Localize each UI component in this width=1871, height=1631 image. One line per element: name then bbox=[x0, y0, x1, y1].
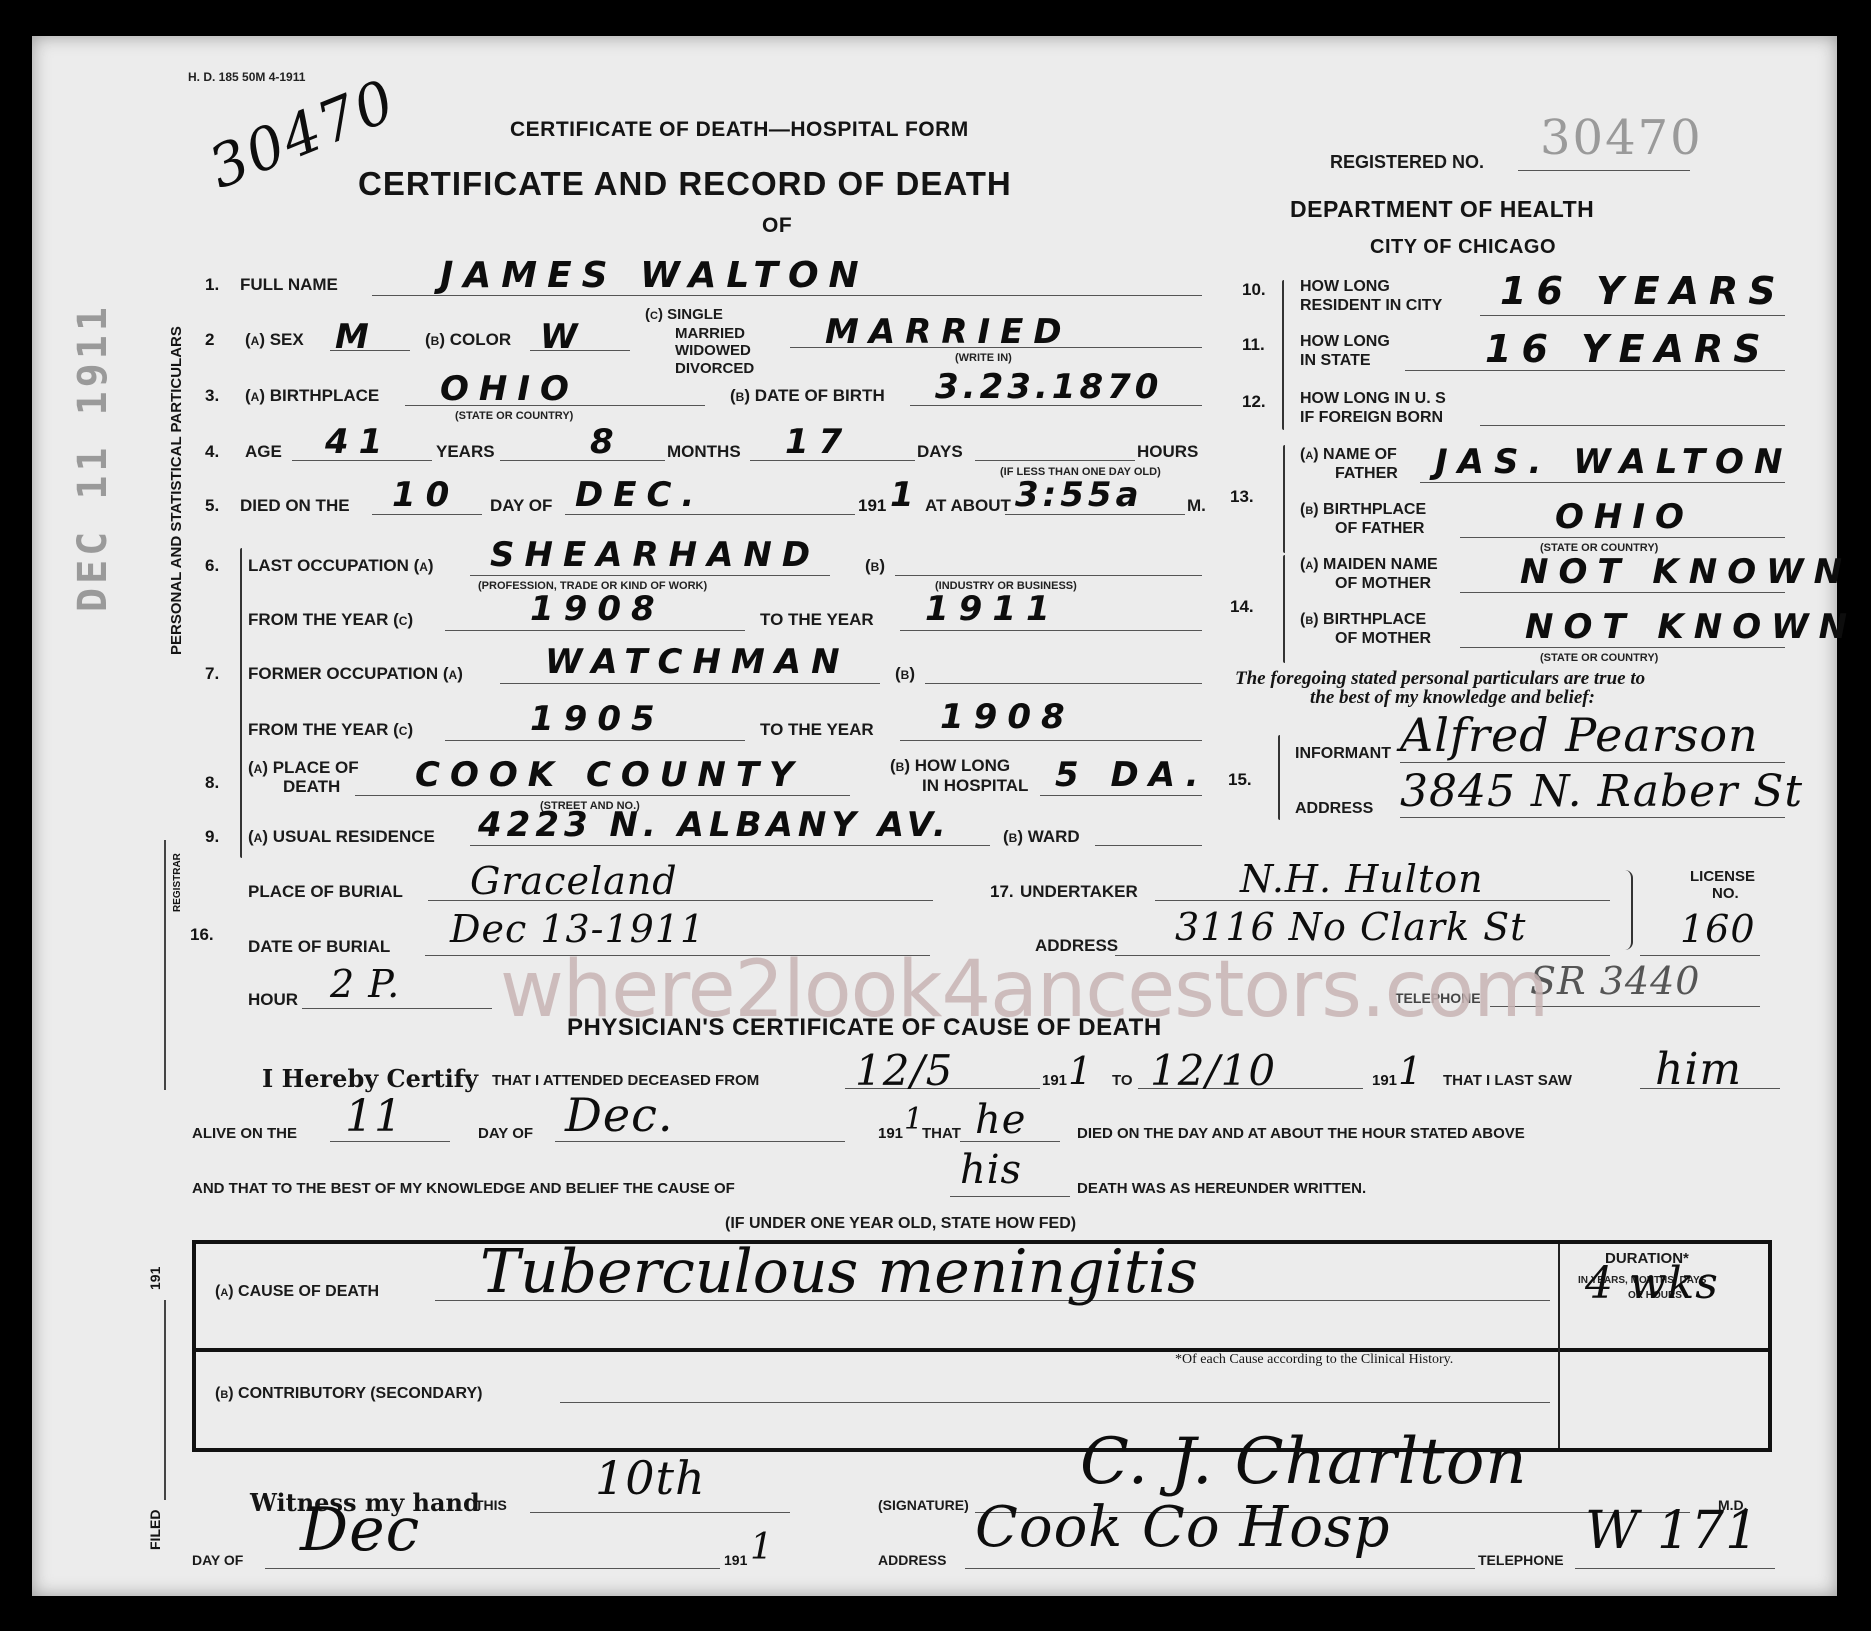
department-of-health: DEPARTMENT OF HEALTH bbox=[1290, 196, 1594, 223]
side-label-personal: PERSONAL AND STATISTICAL PARTICULARS bbox=[168, 326, 185, 655]
place-of-death-value: COOK COUNTY bbox=[415, 758, 804, 792]
last-occupation-label: LAST OCCUPATION (a) bbox=[248, 556, 434, 576]
duration-footnote: *Of each Cause according to the Clinical… bbox=[1175, 1352, 1453, 1368]
witness-month-value: Dec bbox=[300, 1500, 420, 1560]
time-in-hospital-value: 5 DA. bbox=[1055, 758, 1209, 792]
physician-section-heading: PHYSICIAN'S CERTIFICATE OF CAUSE OF DEAT… bbox=[567, 1014, 1162, 1042]
in-state-value: 16 YEARS bbox=[1485, 330, 1771, 368]
certify-lead: I Hereby Certify bbox=[262, 1064, 478, 1093]
undertaker-telephone-value: SR 3440 bbox=[1530, 962, 1700, 1000]
side-label-filed: FILED bbox=[147, 1510, 163, 1550]
marital-status-value: MARRIED bbox=[825, 315, 1072, 349]
undertaker-address-value: 3116 No Clark St bbox=[1175, 908, 1526, 946]
that-pronoun-value: he bbox=[975, 1100, 1026, 1140]
contributory-cause-label: (b) CONTRIBUTORY (SECONDARY) bbox=[215, 1385, 483, 1403]
full-name-label: FULL NAME bbox=[240, 275, 338, 295]
duration-value: 4 wks bbox=[1585, 1262, 1719, 1306]
physician-telephone-value: W 171 bbox=[1585, 1505, 1759, 1557]
city-of-chicago: CITY OF CHICAGO bbox=[1370, 236, 1556, 259]
informant-address-value: 3845 N. Raber St bbox=[1400, 770, 1803, 814]
death-time-value: 3:55a bbox=[1015, 478, 1143, 512]
registered-no-label: REGISTERED NO. bbox=[1330, 152, 1484, 173]
received-date-stamp: DEC 11 1911 bbox=[70, 303, 116, 612]
sex-label: (a) SEX bbox=[245, 330, 304, 350]
dob-value: 3.23.1870 bbox=[935, 370, 1162, 404]
cause-of-death-label: (a) CAUSE OF DEATH bbox=[215, 1283, 379, 1301]
age-years-value: 41 bbox=[325, 425, 392, 459]
undertaker-value: N.H. Hulton bbox=[1240, 860, 1484, 898]
last-occupation-to-year: 1911 bbox=[925, 592, 1060, 626]
last-saw-value: him bbox=[1655, 1048, 1742, 1092]
usual-residence-value: 4223 N. ALBANY AV. bbox=[478, 808, 951, 842]
title-of: OF bbox=[762, 214, 792, 238]
age-months-value: 8 bbox=[590, 425, 624, 459]
dob-label: (b) DATE OF BIRTH bbox=[730, 386, 885, 406]
cause-of-death-value: Tuberculous meningitis bbox=[480, 1242, 1198, 1302]
death-day-value: 10 bbox=[392, 478, 459, 512]
mother-birthplace-value: NOT KNOWN bbox=[1525, 610, 1857, 644]
registered-no-stamp: 30470 bbox=[1540, 110, 1703, 166]
physician-address-value: Cook Co Hosp bbox=[975, 1500, 1391, 1556]
burial-hour-value: 2 P. bbox=[330, 965, 400, 1003]
alive-day-value: 11 bbox=[345, 1095, 403, 1139]
father-birthplace-value: OHIO bbox=[1555, 500, 1694, 534]
date-of-burial-label: DATE OF BURIAL bbox=[248, 937, 390, 957]
physician-signature: C. J. Charlton bbox=[1080, 1430, 1528, 1494]
header-hospital-form: CERTIFICATE OF DEATH—HOSPITAL FORM bbox=[510, 118, 969, 142]
witness-day-value: 10th bbox=[595, 1455, 706, 1501]
place-of-burial-label: PLACE OF BURIAL bbox=[248, 882, 403, 902]
former-occupation-value: WATCHMAN bbox=[545, 645, 850, 679]
sex-value: M bbox=[335, 320, 379, 354]
usual-residence-label: (a) USUAL RESIDENCE bbox=[248, 827, 435, 847]
death-month-value: DEC. bbox=[575, 478, 704, 512]
age-days-value: 17 bbox=[785, 425, 852, 459]
birthplace-label: (a) BIRTHPLACE bbox=[245, 386, 379, 406]
attended-to-value: 12/10 bbox=[1150, 1050, 1276, 1092]
former-occupation-label: FORMER OCCUPATION (a) bbox=[248, 664, 463, 684]
former-occupation-from-year: 1905 bbox=[530, 702, 665, 736]
side-label-registrar: REGISTRAR bbox=[172, 853, 183, 912]
cause-pronoun-value: his bbox=[960, 1150, 1022, 1190]
date-of-burial-value: Dec 13-1911 bbox=[450, 910, 705, 948]
color-value: W bbox=[540, 320, 588, 354]
undertaker-label: UNDERTAKER bbox=[1020, 882, 1138, 902]
last-occupation-value: SHEARHAND bbox=[490, 538, 820, 572]
side-filed-year: 191 bbox=[147, 1267, 163, 1290]
informant-value: Alfred Pearson bbox=[1400, 712, 1759, 758]
birthplace-value: OHIO bbox=[440, 372, 579, 406]
mother-maiden-name-value: NOT KNOWN bbox=[1520, 555, 1852, 589]
attended-from-value: 12/5 bbox=[855, 1050, 953, 1092]
death-year-value: 1 bbox=[890, 478, 924, 512]
filed-line bbox=[164, 1300, 166, 1500]
place-of-burial-value: Graceland bbox=[470, 862, 678, 900]
registrar-line bbox=[164, 840, 166, 1090]
father-name-value: JAS. WALTON bbox=[1435, 445, 1792, 479]
last-occupation-from-year: 1908 bbox=[530, 592, 665, 626]
resident-in-city-value: 16 YEARS bbox=[1500, 272, 1786, 310]
informant-attestation-line2: the best of my knowledge and belief: bbox=[1310, 687, 1595, 709]
full-name-value: JAMES WALTON bbox=[440, 258, 869, 294]
page-title: CERTIFICATE AND RECORD OF DEATH bbox=[358, 165, 1012, 203]
alive-month-value: Dec. bbox=[565, 1092, 674, 1138]
color-label: (b) COLOR bbox=[425, 330, 511, 350]
license-number-value: 160 bbox=[1680, 910, 1756, 948]
form-code: H. D. 185 50M 4-1911 bbox=[188, 70, 305, 84]
undertaker-brace bbox=[1625, 870, 1633, 950]
former-occupation-to-year: 1908 bbox=[940, 700, 1075, 734]
